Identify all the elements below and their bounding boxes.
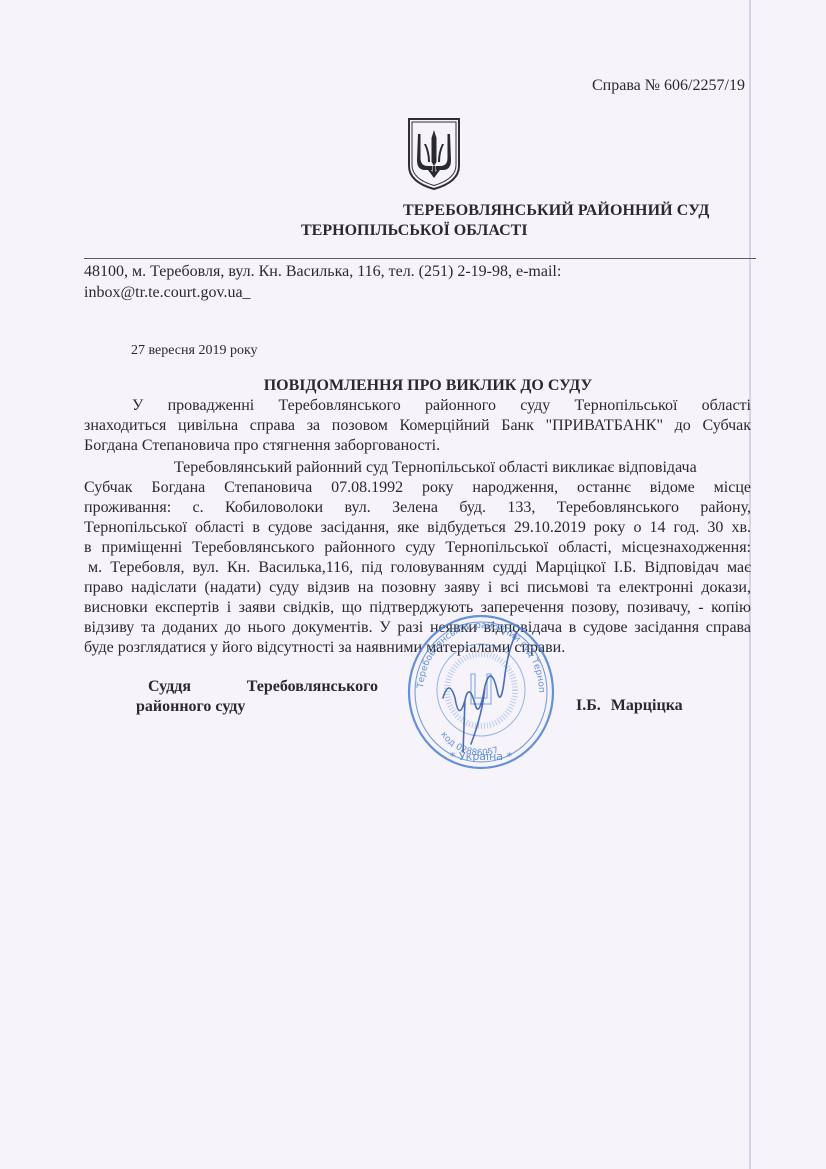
text-line: Тернопільської області в судове засіданн… xyxy=(84,518,751,538)
text-line: проживання: с. Кобиловолоки вул. Зелена … xyxy=(84,498,751,518)
paragraph-case-info: У провадженні Теребовлянського районного… xyxy=(84,396,751,456)
text-line: в приміщенні Теребовлянського районного … xyxy=(84,538,751,558)
court-name-line1: ТЕРЕБОВЛЯНСЬКИЙ РАЙОННИЙ СУД xyxy=(403,202,710,220)
signer-role: Суддя xyxy=(148,678,191,695)
court-name-line2: ТЕРНОПІЛЬСЬКОЇ ОБЛАСТІ xyxy=(301,222,528,240)
text-line: Субчак Богдана Степановича 07.08.1992 ро… xyxy=(84,478,751,498)
text-line: Теребовлянський районний суд Тернопільсь… xyxy=(84,458,751,478)
coat-of-arms-of-ukraine-icon xyxy=(406,116,462,192)
signer-title-line2: районного суду xyxy=(136,697,378,717)
stamp-country-text: * Україна * xyxy=(450,750,513,763)
text-line: У провадженні Теребовлянського районного… xyxy=(84,396,751,416)
document-date: 27 вересня 2019 року xyxy=(131,343,258,359)
signer-court: Теребовлянського xyxy=(247,678,378,695)
notice-title-text: ПОВІДОМЛЕННЯ ПРО ВИКЛИК ДО СУДУ xyxy=(264,377,593,394)
header-divider xyxy=(84,258,756,259)
notice-title: ПОВІДОМЛЕННЯ ПРО ВИКЛИК ДО СУДУ xyxy=(84,377,756,395)
text-line: Богдана Степановича про стягнення заборг… xyxy=(84,436,751,456)
text-line: м. Теребовля, вул. Кн. Василька,116, під… xyxy=(84,558,751,578)
signer-title-line1: Суддя Теребовлянського xyxy=(136,677,378,697)
court-seal-stamp: Теребовлянський районний суд Тернопільсь… xyxy=(405,612,557,770)
text-line: право надіслати (надати) суду відзив на … xyxy=(84,578,751,598)
email-address: inbox@tr.te.court.gov.ua_ xyxy=(84,282,684,303)
signer-title: Суддя Теребовлянського районного суду xyxy=(136,677,378,717)
case-number: Справа № 606/2257/19 xyxy=(592,77,745,95)
court-address: 48100, м. Теребовля, вул. Кн. Василька, … xyxy=(84,261,684,303)
text-line: знаходиться цивільна справа за позовом К… xyxy=(84,416,751,436)
signer-name: І.Б. Марціцка xyxy=(576,697,683,715)
address-line: 48100, м. Теребовля, вул. Кн. Василька, … xyxy=(84,261,684,282)
